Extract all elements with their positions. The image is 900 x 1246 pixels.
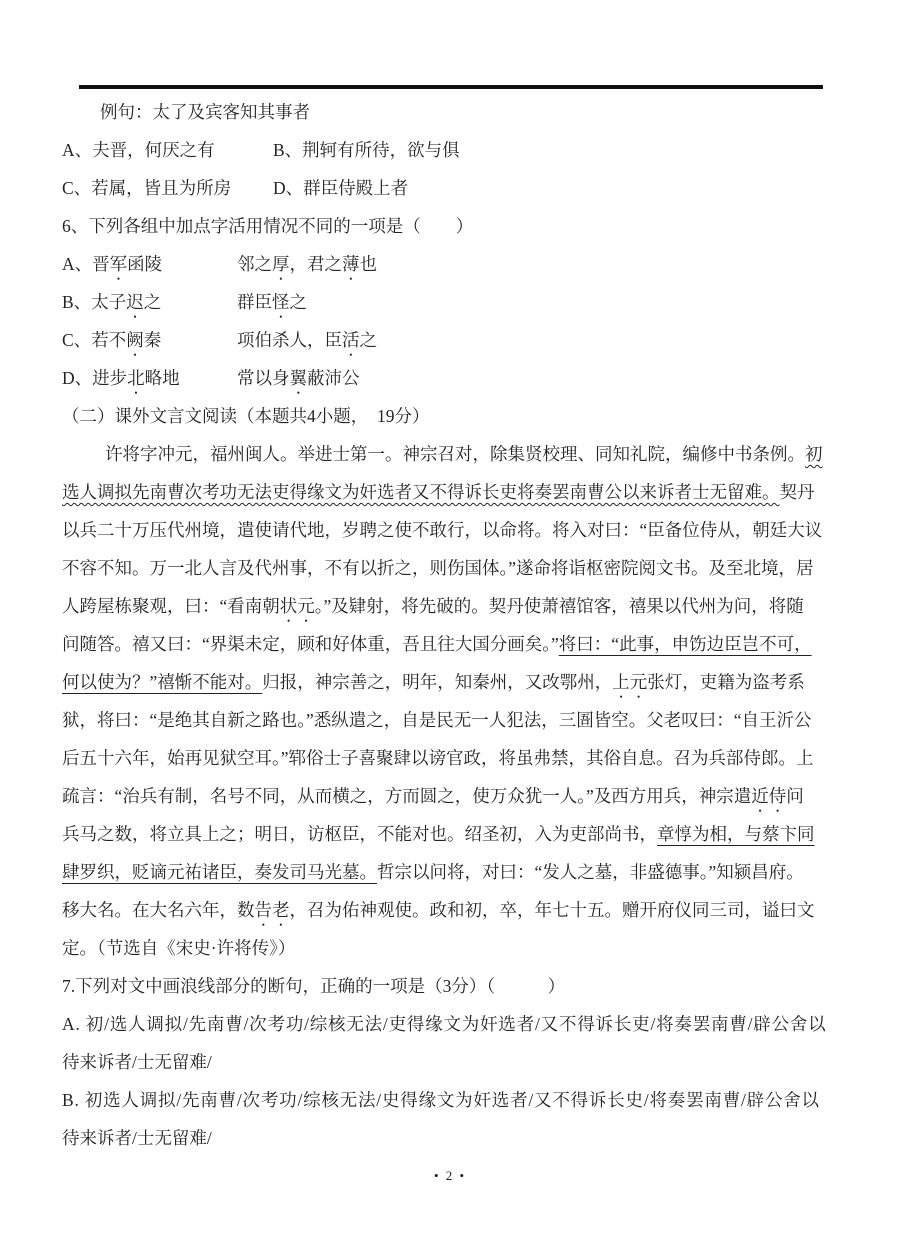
text-segment-dot: 翼 (290, 368, 308, 388)
text-segment: 秦 (144, 330, 162, 350)
passage-line: 何以使为？”禧惭不能对。归报，神宗善之，明年，知秦州，又改鄂州，上元张灯，吏籍为… (62, 663, 838, 701)
text-segment: 人跨屋栋聚观，曰：“看南朝 (62, 596, 280, 616)
text-segment: 不容不知。万一北人言及代州事，不有以折之，则伤国体。”遂命将诣枢密院阅文书。及至… (62, 558, 814, 578)
passage-line: 选人调拟先南曹次考功无法吏得缘文为奸选者又不得诉长吏将奏罢南曹公以来诉者士无留难… (62, 473, 838, 511)
text-segment: 契丹 (780, 482, 815, 502)
q7-options: A. 初/选人调拟/先南曹/次考功/综核无法/吏得缘文为奸选者/又不得诉长吏/将… (62, 1005, 838, 1157)
text-segment: 群臣 (237, 292, 272, 312)
text-segment: 函陵 (127, 254, 162, 274)
section-heading: （二）课外文言文阅读（本题共4小题， 19分） (62, 397, 838, 435)
text-segment: 也 (360, 254, 378, 274)
text-segment: 狱，将曰：“是绝其自新之路也。”悉纵遣之，自是民无一人犯法，三圄皆空。父老叹曰：… (62, 710, 812, 730)
text-segment: 晋 (92, 254, 110, 274)
option-line: A. 初/选人调拟/先南曹/次考功/综核无法/吏得缘文为奸选者/又不得诉长吏/将… (62, 1005, 838, 1043)
passage-line: 不容不知。万一北人言及代州事，不有以折之，则伤国体。”遂命将诣枢密院阅文书。及至… (62, 549, 838, 587)
text-segment: 定。（节选自《宋史·许将传》） (62, 938, 295, 958)
text-segment-wavy: 选人调拟先南曹次考功无法吏得缘文为奸选者又不得诉长吏将奏罢南曹公以来诉者士无留难… (62, 482, 780, 502)
passage-line: 肆罗织，贬谪元祐诸臣，奏发司马光墓。哲宗以问将，对曰：“发人之墓，非盛德事。”知… (62, 853, 838, 891)
q6-options: A、晋军函陵邻之厚，君之薄也B、太子迟之群臣怪之C、若不阙秦项伯杀人，臣活之D、… (62, 245, 838, 397)
text-segment: 太子 (91, 292, 126, 312)
passage-line: 许将字冲元，福州闽人。举进士第一。神宗召对，除集贤校理、同知礼院，编修中书条例。… (62, 435, 838, 473)
text-segment-u: 将曰：“此事，申饬边臣岂不可， (559, 634, 812, 654)
text-segment-dot: 怪 (272, 292, 290, 312)
text-segment: 归报，神宗善之，明年，知秦州，又改鄂州， (262, 672, 612, 692)
text-segment: 之 (144, 292, 162, 312)
text-segment: 略地 (145, 368, 180, 388)
text-segment-dot: 北 (127, 368, 145, 388)
text-segment: 蔽沛公 (307, 368, 360, 388)
text-segment: 问随答。禧又曰：“界渠未定，顾和好体重，吾且往大国分画矣。” (62, 634, 559, 654)
text-segment-u: 章惇为相，与蔡卞同 (657, 824, 815, 844)
text-segment-dot: 状元 (280, 596, 315, 616)
text-segment-dot: 厚 (272, 254, 290, 274)
exam-page: 例句：太了及宾客知其事者 A、夫晋，何厌之有B、荆轲有所待，欲与俱C、若属，皆且… (0, 0, 900, 1246)
passage: 许将字冲元，福州闽人。举进士第一。神宗召对，除集贤校理、同知礼院，编修中书条例。… (62, 435, 838, 967)
passage-line: 问随答。禧又曰：“界渠未定，顾和好体重，吾且往大国分画矣。”将曰：“此事，申饬边… (62, 625, 838, 663)
text-segment: 许将字冲元，福州闽人。举进士第一。神宗召对，除集贤校理、同知礼院，编修中书条例。 (105, 444, 805, 464)
text-segment: 问 (786, 786, 804, 806)
text-segment: ，召为佑神观使。政和初，卒，年七十五。赠开府仪同三司，谥曰文 (290, 900, 815, 920)
passage-line: 人跨屋栋聚观，曰：“看南朝状元。”及肄射，将先破的。契丹使萧禧馆客，禧果以代州为… (62, 587, 838, 625)
text-segment: 若不 (91, 330, 126, 350)
text-segment-u: 何以使为？”禧惭不能对。 (62, 672, 262, 692)
text-segment-dot: 阙 (126, 330, 144, 350)
option-label: B、 (62, 292, 91, 312)
passage-line: 定。（节选自《宋史·许将传》） (62, 929, 838, 967)
text-segment: 常以身 (237, 368, 290, 388)
passage-line: 后五十六年，始再见狱空耳。”郓俗士子喜聚肆以谤官政，将虽弗禁，其俗自息。召为兵部… (62, 739, 838, 777)
option-row: C、若不阙秦项伯杀人，臣活之 (62, 321, 838, 359)
option-label: C、 (62, 330, 91, 350)
option-left: C、若不阙秦 (62, 321, 237, 359)
text-segment-dot: 上元 (612, 672, 647, 692)
text-segment: 。”及肄射，将先破的。契丹使萧禧馆客，禧果以代州为问，将随 (315, 596, 804, 616)
text-segment: 之 (360, 330, 378, 350)
option-label: D、 (62, 368, 92, 388)
option-right: B、荆轲有所待，欲与俱 (273, 140, 460, 160)
text-segment-wavy: 初 (805, 444, 823, 464)
passage-line: 兵马之数，将立具上之；明日，访枢臣，不能对也。绍圣初，入为吏部尚书，章惇为相，与… (62, 815, 838, 853)
option-line: 待来诉者/士无留难/ (62, 1043, 838, 1081)
text-segment-dot: 迟 (126, 292, 144, 312)
passage-line: 狱，将曰：“是绝其自新之路也。”悉纵遣之，自是民无一人犯法，三圄皆空。父老叹曰：… (62, 701, 838, 739)
example-line: 例句：太了及宾客知其事者 (62, 93, 838, 131)
text-segment-dot: 活 (342, 330, 360, 350)
option-right: D、群臣侍殿上者 (273, 178, 408, 198)
option-left: B、太子迟之 (62, 283, 237, 321)
option-line: 待来诉者/士无留难/ (62, 1119, 838, 1157)
passage-line: 疏言：“治兵有制，名号不同，从而横之，方而圆之，使万众犹一人。”及西方用兵，神宗… (62, 777, 838, 815)
text-segment: 进步 (92, 368, 127, 388)
option-row: A、晋军函陵邻之厚，君之薄也 (62, 245, 838, 283)
text-segment-u: 肆罗织，贬谪元祐诸臣，奏发司马光墓。 (62, 862, 377, 882)
option-line: B. 初选人调拟/先南曹/次考功/综核无法/史得缘文为奸选者/又不得诉长史/将奏… (62, 1081, 838, 1119)
text-segment: 移大名。在大名六年，数 (62, 900, 255, 920)
text-segment: ，君之 (290, 254, 343, 274)
text-segment: 兵马之数，将立具上之；明日，访枢臣，不能对也。绍圣初，入为吏部尚书， (62, 824, 657, 844)
text-segment: 哲宗以问将，对曰：“发人之墓，非盛德事。”知颍昌府。 (377, 862, 804, 882)
option-row: B、太子迟之群臣怪之 (62, 283, 838, 321)
passage-line: 以兵二十万压代州境，遣使请代地，岁聘之使不敢行，以命将。将入对曰：“臣备位侍从，… (62, 511, 838, 549)
text-segment: 项伯杀人，臣 (237, 330, 342, 350)
question-6-stem: 6、下列各组中加点字活用情况不同的一项是（ ） (62, 207, 838, 245)
text-segment-dot: 军 (110, 254, 128, 274)
page-number: • 2 • (62, 1157, 838, 1195)
text-segment-dot: 告老 (255, 900, 290, 920)
text-segment: 张灯，吏籍为盗考系 (647, 672, 805, 692)
text-segment-dot: 薄 (342, 254, 360, 274)
option-left: A、夫晋，何厌之有 (62, 131, 273, 169)
text-segment: 后五十六年，始再见狱空耳。”郓俗士子喜聚肆以谤官政，将虽弗禁，其俗自息。召为兵部… (62, 748, 814, 768)
option-left: C、若属，皆且为所房 (62, 169, 273, 207)
option-row: D、进步北略地常以身翼蔽沛公 (62, 359, 838, 397)
option-left: A、晋军函陵 (62, 245, 237, 283)
text-segment: 以兵二十万压代州境，遣使请代地，岁聘之使不敢行，以命将。将入对曰：“臣备位侍从，… (62, 520, 822, 540)
option-row: A、夫晋，何厌之有B、荆轲有所待，欲与俱 (62, 131, 838, 169)
option-row: C、若属，皆且为所房D、群臣侍殿上者 (62, 169, 838, 207)
header-rule (79, 85, 823, 89)
option-label: A、 (62, 254, 92, 274)
question-7-stem: 7.下列对文中画浪线部分的断句，正确的一项是（3分）（ ） (62, 967, 838, 1005)
text-segment: 疏言：“治兵有制，名号不同，从而横之，方而圆之，使万众犹一人。”及西方用兵，神宗… (62, 786, 751, 806)
text-segment: 邻之 (237, 254, 272, 274)
text-segment-dot: 近侍 (751, 786, 786, 806)
passage-line: 移大名。在大名六年，数告老，召为佑神观使。政和初，卒，年七十五。赠开府仪同三司，… (62, 891, 838, 929)
option-left: D、进步北略地 (62, 359, 237, 397)
text-segment: 之 (290, 292, 308, 312)
q5-options: A、夫晋，何厌之有B、荆轲有所待，欲与俱C、若属，皆且为所房D、群臣侍殿上者 (62, 131, 838, 207)
